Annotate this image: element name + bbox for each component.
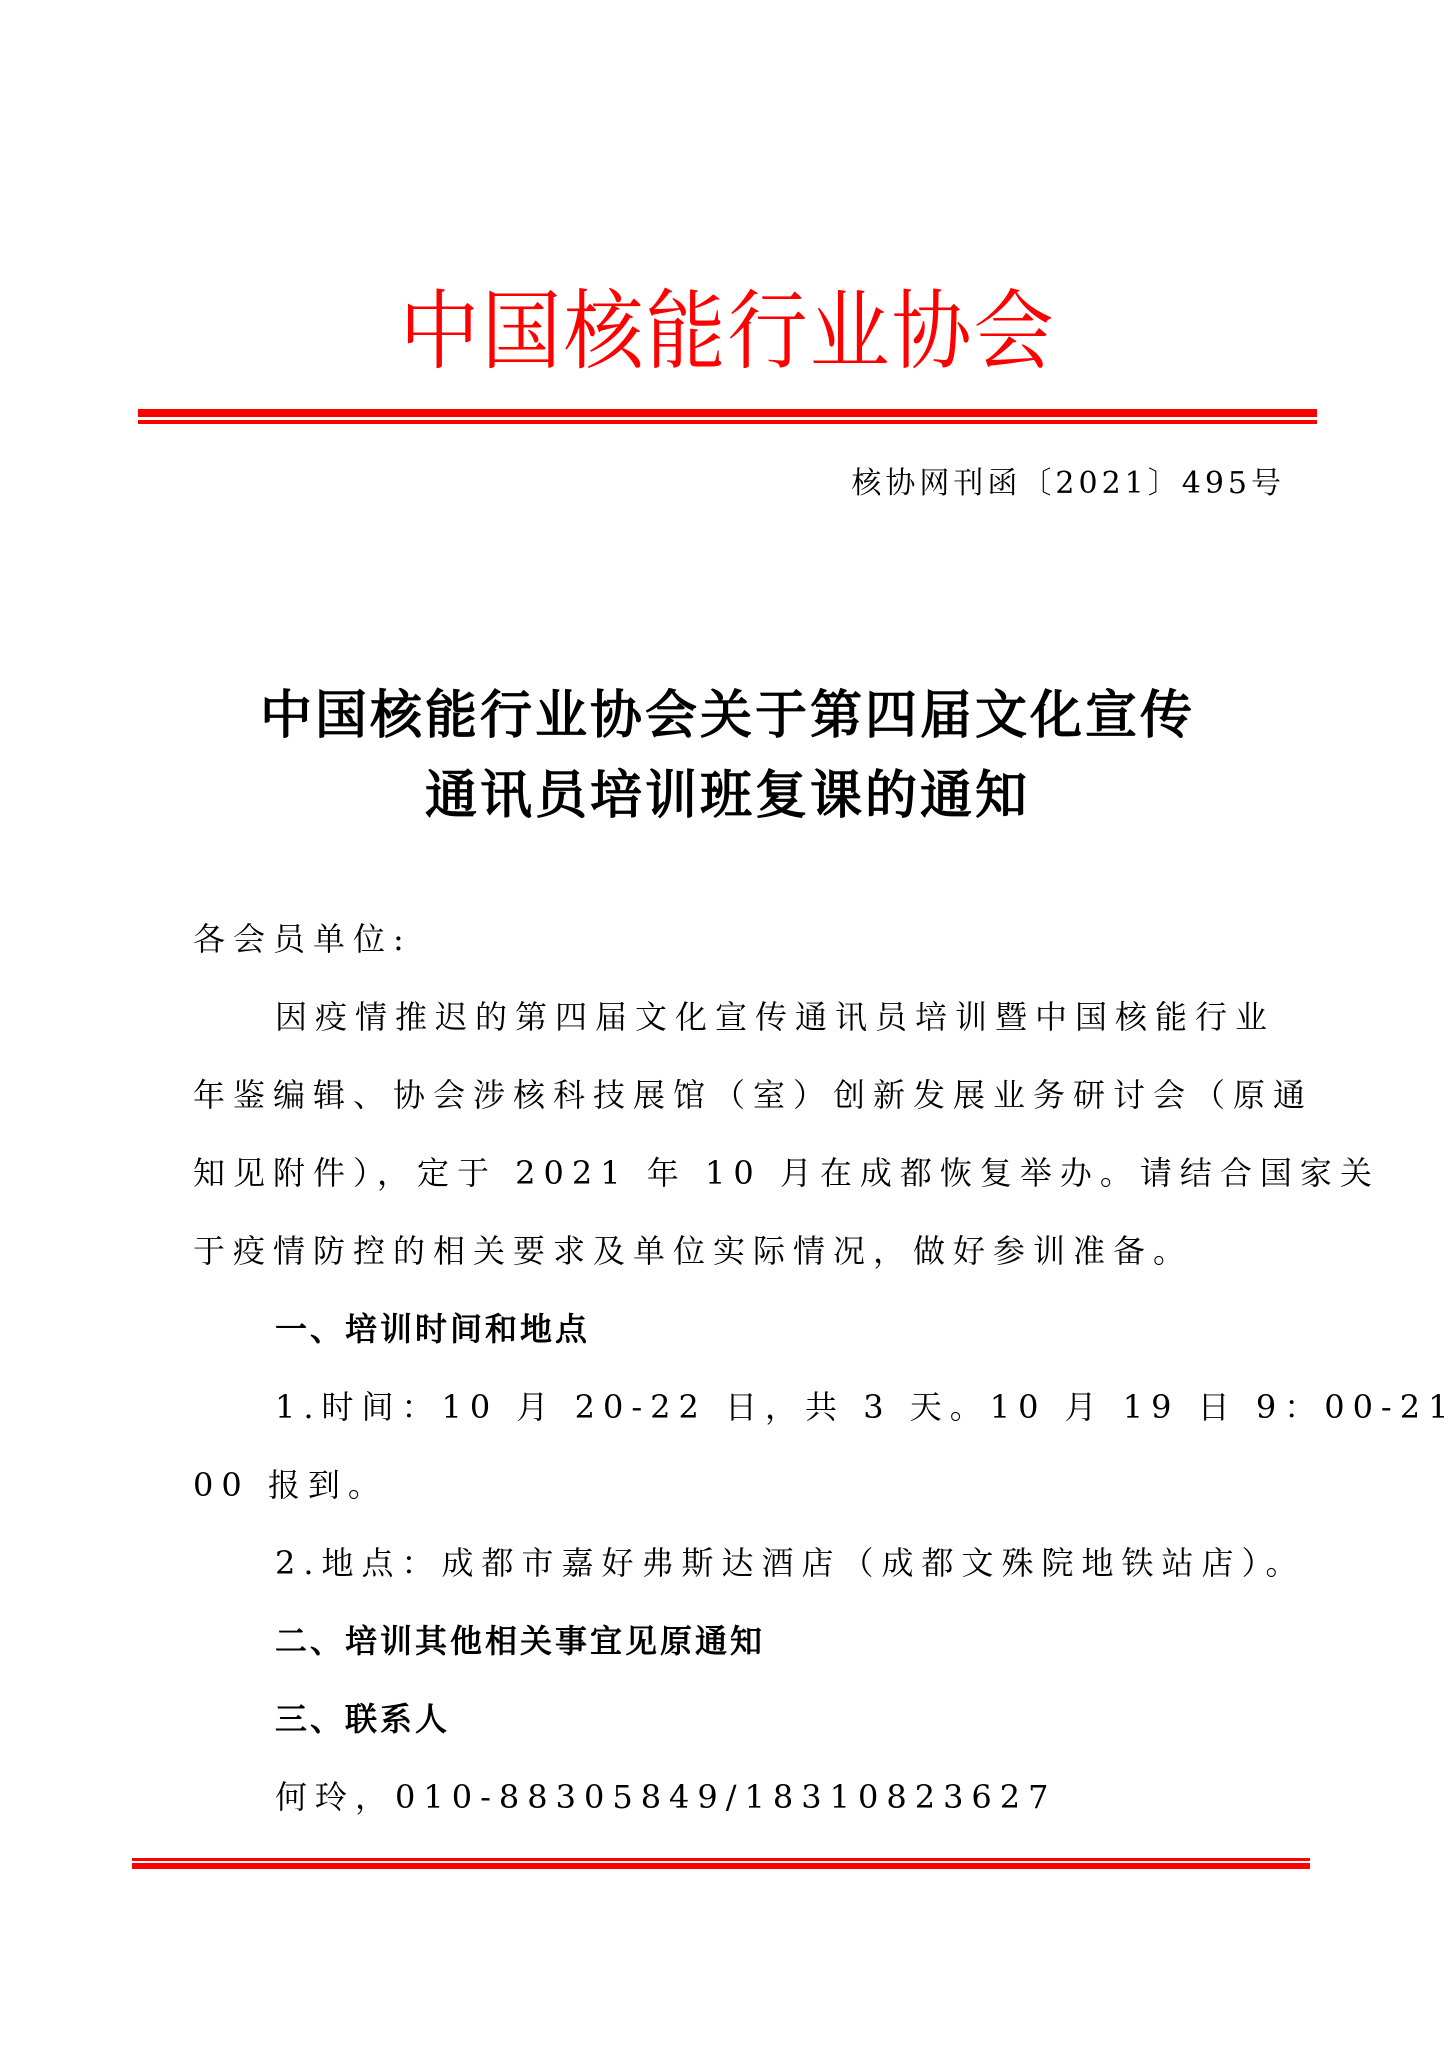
section-heading-contact: 三、联系人	[275, 1680, 450, 1758]
document-number: 核协网刊函〔2021〕495号	[851, 462, 1285, 506]
item-time-line-1: 1.时间：10 月 20-22 日，共 3 天。10 月 19 日 9：00-2…	[275, 1368, 1455, 1446]
footer-red-rule-thick	[132, 1863, 1310, 1869]
document-title-line-1: 中国核能行业协会关于第四届文化宣传	[0, 676, 1455, 756]
footer-red-rule-thin	[132, 1858, 1310, 1861]
masthead-red-rule-thin	[138, 420, 1317, 424]
paragraph-line: 年鉴编辑、协会涉核科技展馆（室）创新发展业务研讨会（原通	[193, 1056, 1313, 1134]
paragraph-line: 于疫情防控的相关要求及单位实际情况，做好参训准备。	[193, 1212, 1193, 1290]
document-title-line-2: 通讯员培训班复课的通知	[0, 756, 1455, 836]
document-page: 中国核能行业协会 核协网刊函〔2021〕495号 中国核能行业协会关于第四届文化…	[0, 0, 1455, 2058]
paragraph-line: 因疫情推迟的第四届文化宣传通讯员培训暨中国核能行业	[275, 978, 1275, 1056]
section-heading-other-matters: 二、培训其他相关事宜见原通知	[275, 1602, 765, 1680]
item-location: 2.地点：成都市嘉好弗斯达酒店（成都文殊院地铁站店）。	[275, 1524, 1306, 1602]
contact-info: 何玲，010-88305849/18310823627	[275, 1758, 1057, 1836]
item-time-line-2: 00 报到。	[193, 1446, 388, 1524]
salutation: 各会员单位:	[193, 900, 412, 978]
masthead-red-rule-thick	[138, 409, 1317, 417]
paragraph-line: 知见附件），定于 2021 年 10 月在成都恢复举办。请结合国家关	[193, 1134, 1380, 1212]
masthead-org-name: 中国核能行业协会	[0, 278, 1455, 386]
section-heading-time-location: 一、培训时间和地点	[275, 1290, 590, 1368]
